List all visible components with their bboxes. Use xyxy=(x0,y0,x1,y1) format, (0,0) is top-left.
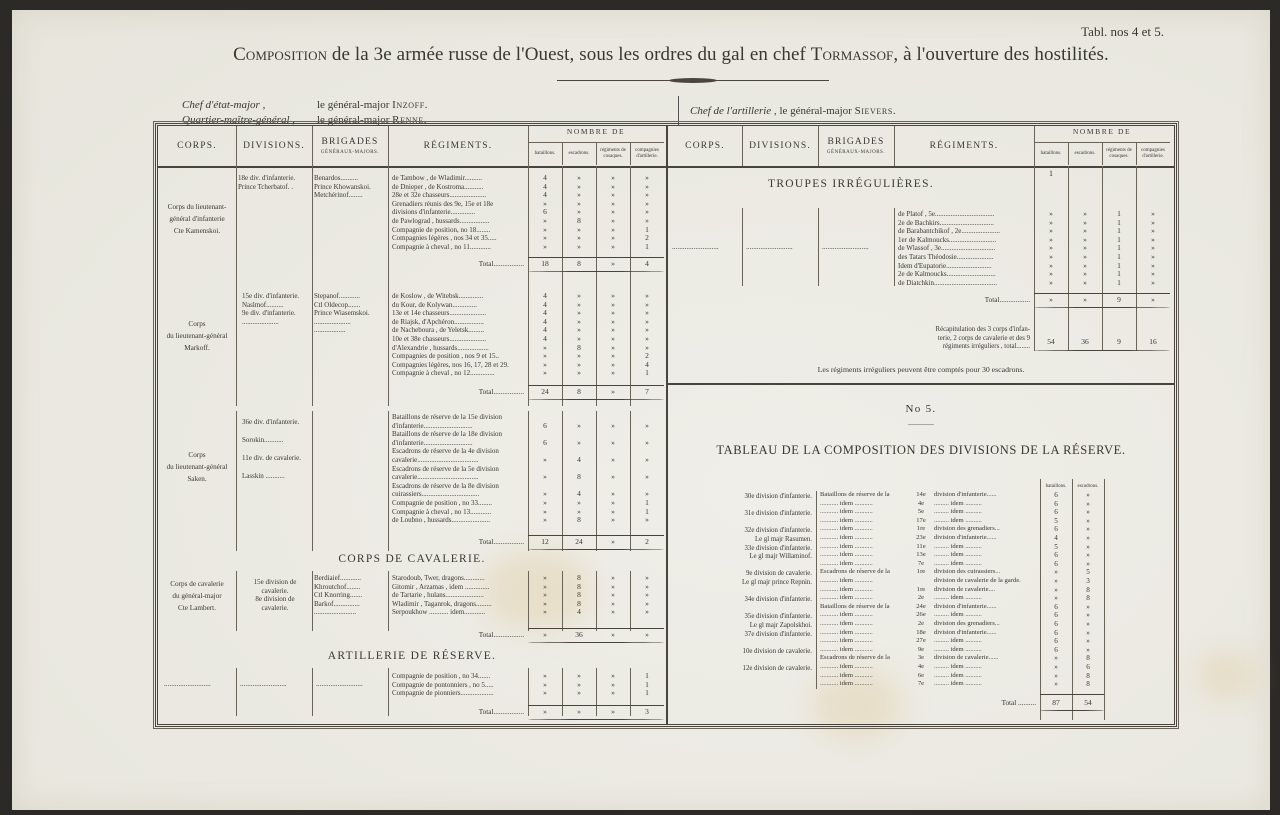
corps-line: Corps de cavalerie xyxy=(160,578,234,590)
reserve-row-suffix: division de cavalerie de la garde. xyxy=(934,577,1038,586)
brigade: Stepanof............Ctl Oldecop.......Pr… xyxy=(314,292,388,335)
total-label: Total................. xyxy=(392,260,524,269)
count-cell: » xyxy=(630,439,664,448)
reserve-row-prefix: ........... idem ........... xyxy=(820,611,910,620)
corps-line: Cte Kamenskoi. xyxy=(160,225,234,237)
count-cell: 8 xyxy=(562,516,596,525)
regiment: Starodoub, Twer, dragons............Gito… xyxy=(392,574,528,617)
placeholder-dots: .......................... xyxy=(672,243,740,252)
reserve-total-escadrons: 54 xyxy=(1072,699,1104,708)
reserve-row-prefix: ........... idem ........... xyxy=(820,560,910,569)
reserve-row-suffix: division d'infanterie...... xyxy=(934,629,1038,638)
staff-name: Sievers. xyxy=(855,105,897,117)
count-col-artillerie: 111 xyxy=(630,672,664,698)
brigade: Benardos..........Prince Khowanskoi.Metc… xyxy=(314,174,388,200)
reserve-row-number: 4e xyxy=(910,500,932,509)
reserve-row-suffix: ......... idem .......... xyxy=(934,672,1038,681)
reserve-escadrons: » xyxy=(1072,500,1104,509)
staff-name-prefix: le général-major xyxy=(779,105,854,117)
count-cell: 1 xyxy=(630,369,664,378)
regiment-item: Compagnie de pontonniers , no 5..... xyxy=(392,681,528,690)
total-value: 24 xyxy=(562,538,596,547)
reserve-row-suffix: ......... idem .......... xyxy=(934,637,1038,646)
reserve-row-prefix: ........... idem ........... xyxy=(820,629,910,638)
count-col-bataillons: 66»»»»»» xyxy=(528,413,562,525)
reserve-row-prefix: ........... idem ........... xyxy=(820,534,910,543)
irregular-note: Les régiments irréguliers peuvent être c… xyxy=(668,366,1174,375)
count-cell: » xyxy=(596,439,630,448)
regiment-item: des Tatars Théodosie....................… xyxy=(898,253,1034,262)
regiment-item: Wladimir , Taganrok, dragons......... xyxy=(392,600,528,609)
total-label: Total................. xyxy=(392,388,524,397)
total-brace xyxy=(528,642,664,643)
division-item: 15e div. d'infanterie. xyxy=(242,292,314,301)
reserve-row-prefix: ........... idem ........... xyxy=(820,577,910,586)
reserve-row-suffix: ......... idem .......... xyxy=(934,646,1038,655)
col-escadrons: escadrons. xyxy=(1068,142,1103,165)
regiment-item: 2e de Bachkirs..........................… xyxy=(898,219,1034,228)
reserve-bataillons: » xyxy=(1040,663,1072,672)
count-cell: » xyxy=(562,439,596,448)
column-rule xyxy=(236,571,237,631)
count-col-escadrons: »»»»»»8»»» xyxy=(562,292,596,378)
count-col-cosaques: »»»»»»»»»» xyxy=(596,292,630,378)
reserve-bataillons: 6 xyxy=(1040,551,1072,560)
staff-name: Inzoff. xyxy=(392,99,428,111)
count-cell: » xyxy=(528,243,562,252)
reserve-escadrons: 5 xyxy=(1072,568,1104,577)
reserve-division: Le gl majr prince Repnin. xyxy=(688,579,812,588)
column-rule xyxy=(236,289,237,396)
reserve-row-number: 9e xyxy=(910,646,932,655)
reserve-bataillons: 6 xyxy=(1040,500,1072,509)
brigade-item: Khroutchof........ xyxy=(314,583,388,592)
section-divider xyxy=(668,383,1174,385)
title-ornament xyxy=(557,78,829,84)
regiment-item: de Wlassof , 3e.........................… xyxy=(898,244,1034,253)
corps-line: Markoff. xyxy=(160,342,234,354)
reserve-bataillons: 6 xyxy=(1040,646,1072,655)
reserve-bataillons: 6 xyxy=(1040,611,1072,620)
recap-line: terie, 2 corps de cavalerie et des 9 xyxy=(868,335,1030,344)
col-divisions: DIVISIONS. xyxy=(236,126,313,166)
column-rule xyxy=(236,668,237,716)
staff-row: Chef d'état-major ,le général-major Inzo… xyxy=(182,98,428,113)
total-rule xyxy=(528,385,664,386)
count-cell: » xyxy=(596,243,630,252)
regiment-item: cuirassiers.............................… xyxy=(392,490,528,499)
brigade-item: Ctl Oldecop....... xyxy=(314,301,388,310)
brigade-item: .................. xyxy=(314,326,388,335)
title-prefix: Composition xyxy=(233,44,327,65)
reserve-row-prefix: ........... idem ........... xyxy=(820,663,910,672)
total-rule xyxy=(528,628,664,629)
reserve-division: 10e division de cavalerie. xyxy=(688,648,812,657)
column-rule xyxy=(818,208,819,286)
regiment: de Platof , 5e..........................… xyxy=(898,210,1034,287)
reserve-escadrons: » xyxy=(1072,491,1104,500)
total-value: » xyxy=(596,708,630,717)
reserve-escadrons: » xyxy=(1072,508,1104,517)
count-col-cosaques: »»»»»»»» xyxy=(596,413,630,525)
reserve-row-suffix: ......... idem .......... xyxy=(934,663,1038,672)
table-header: CORPS. DIVISIONS. BRIGADESGÉNÉRAUX-MAJOR… xyxy=(158,126,666,168)
division: 15e division decavalerie.8e division dec… xyxy=(238,578,312,612)
reserve-escadrons: 8 xyxy=(1072,654,1104,663)
col-artillerie: compagnies d'artillerie. xyxy=(630,142,664,165)
reserve-division: 31e division d'infanterie. xyxy=(688,510,812,519)
count-col-cosaques: »»» xyxy=(596,672,630,698)
total-value: 7 xyxy=(630,388,664,397)
reserve-bataillons: 6 xyxy=(1040,637,1072,646)
reserve-row-number: 1re xyxy=(910,586,932,595)
irregular-title: TROUPES IRRÉGULIÈRES. xyxy=(668,178,1034,190)
total-label: Total................. xyxy=(392,708,524,717)
regiment-item: 1er de Kalmoucks........................… xyxy=(898,236,1034,245)
reserve-escadrons: 8 xyxy=(1072,586,1104,595)
count-cell: 6 xyxy=(528,439,562,448)
count-col-cosaques: 111111111 xyxy=(1102,210,1136,287)
column-rule xyxy=(312,668,313,716)
reserve-row-number: 14e xyxy=(910,491,932,500)
reserve-row-prefix: ........... idem ........... xyxy=(820,508,910,517)
reserve-bataillons: » xyxy=(1040,680,1072,689)
reserve-title: TABLEAU DE LA COMPOSITION DES DIVISIONS … xyxy=(668,443,1174,458)
placeholder-dots: .......................... xyxy=(822,243,890,252)
corps-line: général d'infanterie xyxy=(160,213,234,225)
reserve-division: Le gl majr Willaminof. xyxy=(688,553,812,562)
staff-role: Chef de l'artillerie , xyxy=(690,105,777,117)
regiment-item: de Tartarie , hulans....................… xyxy=(392,591,528,600)
regiment-item: Gitomir , Arzamas , idem .............. xyxy=(392,583,528,592)
staff-role: Chef d'état-major , xyxy=(182,99,265,111)
reserve-row-number: 17e xyxy=(910,517,932,526)
reserve-bataillons: 6 xyxy=(1040,525,1072,534)
reserve-division: 34e division d'infanterie. xyxy=(688,596,812,605)
brigade-item: ..................... xyxy=(314,318,388,327)
reserve-bataillons: 6 xyxy=(1040,508,1072,517)
division: 36e div. d'infanterie. xyxy=(242,413,314,431)
regiment-item: Compagnie à cheval , no 12.............. xyxy=(392,369,528,378)
total-value: » xyxy=(1136,296,1170,305)
division: 15e div. d'infanterie.Naslmof..........9… xyxy=(242,292,314,326)
count-cell: » xyxy=(562,422,596,431)
reserve-bataillons: 6 xyxy=(1040,620,1072,629)
brigade-item: Ctl Knorring....... xyxy=(314,591,388,600)
column-rule xyxy=(388,289,389,396)
regiment-item: du Kour, de Kolywan.............. xyxy=(392,301,528,310)
reserve-row-prefix: ........... idem ........... xyxy=(820,646,910,655)
right-panel: CORPS. DIVISIONS. BRIGADESGÉNÉRAUX-MAJOR… xyxy=(668,126,1174,724)
regiment: de Tambow , de Wladimir..........de Dnie… xyxy=(392,174,528,251)
count-cell: 6 xyxy=(528,422,562,431)
count-cell: » xyxy=(630,473,664,482)
regiment-item: Compagnie à cheval , no 13............ xyxy=(392,508,528,517)
column-rule xyxy=(312,571,313,631)
reserve-row-prefix: ........... idem ........... xyxy=(820,525,910,534)
reserve-bataillons: 4 xyxy=(1040,534,1072,543)
cavalry-title: CORPS DE CAVALERIE. xyxy=(158,553,666,565)
reserve-total-label: Total .......... xyxy=(898,699,1036,708)
count-cell: » xyxy=(596,422,630,431)
reserve-row-suffix: ......... idem .......... xyxy=(934,500,1038,509)
reserve-row-suffix: division des grenadiers... xyxy=(934,525,1038,534)
reserve-row-prefix: Bataillons de réserve de la xyxy=(820,603,910,612)
corps-line: du général-major xyxy=(160,590,234,602)
brigade-item: Benardos.......... xyxy=(314,174,388,183)
reserve-row-suffix: division d'infanterie...... xyxy=(934,603,1038,612)
total-value: 3 xyxy=(630,708,664,717)
reserve-escadrons: 8 xyxy=(1072,672,1104,681)
total-value: » xyxy=(596,538,630,547)
reserve-escadrons: » xyxy=(1072,637,1104,646)
regiment-item: 28e et 32e chasseurs....................… xyxy=(392,191,528,200)
regiment-item: de Diatchkin............................… xyxy=(898,279,1034,288)
reserve-division: 32e division d'infanterie. xyxy=(688,527,812,536)
count-cell: 4 xyxy=(562,456,596,465)
reserve-escadrons: » xyxy=(1072,560,1104,569)
total-rule xyxy=(528,705,664,706)
division-item: 8e division de xyxy=(238,595,312,604)
reserve-bataillons: » xyxy=(1040,654,1072,663)
count-col-bataillons: »»» xyxy=(528,672,562,698)
count-cell: » xyxy=(596,473,630,482)
reserve-row-number: 11e xyxy=(910,543,932,552)
brigade-item: Prince Wiasemskoi. xyxy=(314,309,388,318)
count-col-bataillons: »»»»»»»»» xyxy=(1034,210,1068,287)
reserve-escadrons: 8 xyxy=(1072,680,1104,689)
reserve-row-prefix: ........... idem ........... xyxy=(820,551,910,560)
artillery-title: ARTILLERIE DE RÉSERVE. xyxy=(158,650,666,662)
total-label: Total................. xyxy=(392,538,524,547)
count-cell: » xyxy=(630,456,664,465)
column-rule xyxy=(388,571,389,631)
reserve-row-number: 7e xyxy=(910,680,932,689)
title-commander: Tormassof xyxy=(811,44,894,65)
total-brace xyxy=(528,399,664,400)
regiment-item: d'infanterie............................ xyxy=(392,439,528,448)
count-col-bataillons: 444»6»»»» xyxy=(528,174,562,251)
reserve-row-prefix: ........... idem ........... xyxy=(820,517,910,526)
regiment-item: d'infanterie............................ xyxy=(392,422,528,431)
regiment-item: 10e et 38e chasseurs....................… xyxy=(392,335,528,344)
main-table-frame: CORPS. DIVISIONS. BRIGADESGÉNÉRAUX-MAJOR… xyxy=(155,123,1177,727)
reserve-row-number: 1re xyxy=(910,568,932,577)
left-panel: CORPS. DIVISIONS. BRIGADESGÉNÉRAUX-MAJOR… xyxy=(158,126,666,724)
reserve-division: 9e division de cavalerie. xyxy=(688,570,812,579)
reserve-row-prefix: Escadrons de réserve de la xyxy=(820,568,910,577)
reserve-row-suffix: division d'infanterie...... xyxy=(934,534,1038,543)
count-col-escadrons: »»» xyxy=(562,672,596,698)
corps-line: Cte Lambert. xyxy=(160,602,234,614)
regiment-item: 2e de Kalmoucks.........................… xyxy=(898,270,1034,279)
count-col-artillerie: »»»»»»»241 xyxy=(630,292,664,378)
paper-stain xyxy=(1197,650,1257,700)
reserve-row-number: 2e xyxy=(910,620,932,629)
division-item: cavalerie. xyxy=(238,587,312,596)
recap-label: Récapitulation des 3 corps d'infan-terie… xyxy=(868,326,1030,352)
regiment-item: Compagnie de position, no 18........ xyxy=(392,226,528,235)
division-item: 9e div. d'infanterie. xyxy=(242,309,314,318)
total-value: » xyxy=(528,708,562,717)
reserve-total-bataillons: 87 xyxy=(1040,699,1072,708)
reserve-division: 30e division d'infanterie. xyxy=(688,493,812,502)
reserve-row-suffix: division des cuirassiers... xyxy=(934,568,1038,577)
total-value: » xyxy=(596,260,630,269)
reserve-row-suffix: division d'infanterie...... xyxy=(934,491,1038,500)
col-escadrons: escadrons. xyxy=(562,142,597,165)
reserve-row-number: 3e xyxy=(910,654,932,663)
regiment-item: Compagnies de position , nos 9 et 15.. xyxy=(392,352,528,361)
regiment-item: Compagnies légères, nos 16, 17, 28 et 29… xyxy=(392,361,528,370)
total-brace xyxy=(528,719,664,720)
count-cell: » xyxy=(528,369,562,378)
total-value: » xyxy=(630,631,664,640)
reserve-escadrons: » xyxy=(1072,629,1104,638)
reserve-row-suffix: ......... idem .......... xyxy=(934,560,1038,569)
corps-2-name: Corpsdu lieutenant-généralMarkoff. xyxy=(160,318,234,354)
title-suffix: , à l'ouverture des hostilités. xyxy=(893,44,1108,65)
reserve-row-number: 6e xyxy=(910,672,932,681)
column-rule xyxy=(894,208,895,286)
total-brace xyxy=(528,549,664,550)
count-col-escadrons: 88884 xyxy=(562,574,596,617)
division: 18e div. d'infanterie.Prince Tcherbatof.… xyxy=(238,174,312,191)
brigade-item: Metchérinof........ xyxy=(314,191,388,200)
reserve-total-brace xyxy=(1040,710,1104,711)
total-value: » xyxy=(596,388,630,397)
count-col-escadrons: »»»»»8»»» xyxy=(562,174,596,251)
reserve-row-suffix: division des grenadiers... xyxy=(934,620,1038,629)
col-corps: CORPS. xyxy=(668,126,743,166)
reserve-bataillons: 5 xyxy=(1040,517,1072,526)
reserve-row-prefix: ........... idem ........... xyxy=(820,594,910,603)
total-value: 36 xyxy=(562,631,596,640)
regiment-item: de Koslow , de Witebsk.............. xyxy=(392,292,528,301)
regiment-item: 13e et 14e chasseurs....................… xyxy=(392,309,528,318)
reserve-escadrons: 3 xyxy=(1072,577,1104,586)
regiment-item: Compagnie de position , no 34....... xyxy=(392,672,528,681)
reserve-ornament: ............. xyxy=(668,418,1174,427)
reserve-row-number: 26e xyxy=(910,611,932,620)
col-nombre-de: NOMBRE DE xyxy=(1034,127,1170,136)
count-cell: » xyxy=(562,243,596,252)
regiment-item: d'Alexandrie , hussards.................… xyxy=(392,344,528,353)
reserve-row-prefix: ........... idem ........... xyxy=(820,637,910,646)
placeholder-dots: .......................... xyxy=(316,680,386,689)
count-cell: » xyxy=(562,369,596,378)
total-value: » xyxy=(1034,296,1068,305)
division-item: cavalerie. xyxy=(238,604,312,613)
regiment-item: Escadrons de réserve de la 5e division xyxy=(392,465,528,474)
placeholder-dots: .......................... xyxy=(746,243,814,252)
reserve-division: Le gl majr Zapolskhoi. xyxy=(688,622,812,631)
total-label: Total................. xyxy=(898,296,1030,305)
regiment-item: de Platof , 5e..........................… xyxy=(898,210,1034,219)
recap-brace xyxy=(1034,350,1170,351)
staff-right: Chef de l'artillerie , le général-major … xyxy=(690,104,896,119)
reserve-division: Le gl majr Rasumen. xyxy=(688,536,812,545)
reserve-row-suffix: division de cavalerie...... xyxy=(934,654,1038,663)
document-page: Tabl. nos 4 et 5. Composition de la 3e a… xyxy=(12,10,1270,810)
reserve-bataillons: » xyxy=(1040,586,1072,595)
reserve-row-suffix: ......... idem .......... xyxy=(934,517,1038,526)
regiment-item: cavalerie...............................… xyxy=(392,473,528,482)
count-cell: 1 xyxy=(1102,279,1136,288)
division: 11e div. de cavalerie. xyxy=(242,449,314,467)
total-rule xyxy=(528,535,664,536)
reserve-escadrons: » xyxy=(1072,517,1104,526)
reserve-row-suffix: division de cavalerie.... xyxy=(934,586,1038,595)
recap-line: Récapitulation des 3 corps d'infan- xyxy=(868,326,1030,335)
count-cell: » xyxy=(1136,279,1170,288)
count-col-artillerie: »»»»»»»»» xyxy=(1136,210,1170,287)
reserve-row-prefix: ........... idem ........... xyxy=(820,500,910,509)
count-cell: » xyxy=(528,516,562,525)
col-divisions: DIVISIONS. xyxy=(742,126,819,166)
reserve-escadrons: 6 xyxy=(1072,663,1104,672)
count-cell: 8 xyxy=(562,473,596,482)
reserve-row-number: 18e xyxy=(910,629,932,638)
division-item: 15e division de xyxy=(238,578,312,587)
total-value: 8 xyxy=(562,388,596,397)
total-value: 4 xyxy=(630,260,664,269)
table-header: CORPS. DIVISIONS. BRIGADESGÉNÉRAUX-MAJOR… xyxy=(668,126,1174,168)
reserve-escadrons: » xyxy=(1072,611,1104,620)
total-value: » xyxy=(528,631,562,640)
regiment-item: divisions d'infanterie.............. xyxy=(392,208,528,217)
reserve-division: 37e division d'infanterie. xyxy=(688,631,812,640)
reserve-row-number: 5e xyxy=(910,508,932,517)
count-cell: » xyxy=(596,608,630,617)
reserve-row-suffix: ......... idem .......... xyxy=(934,543,1038,552)
reserve-total-rule xyxy=(1040,694,1104,695)
col-corps: CORPS. xyxy=(158,126,237,166)
reserve-row-prefix: ........... idem ........... xyxy=(820,620,910,629)
total-brace xyxy=(528,271,664,272)
reserve-row-number: 27e xyxy=(910,637,932,646)
total-label: Total................. xyxy=(392,631,524,640)
reserve-escadrons: » xyxy=(1072,543,1104,552)
count-col-escadrons: »»»»»»»»» xyxy=(1068,210,1102,287)
corps-1-name: Corps du lieutenant-général d'infanterie… xyxy=(160,201,234,237)
regiment-item: Escadrons de réserve de la 8e division xyxy=(392,482,528,491)
reserve-bataillons: » xyxy=(1040,568,1072,577)
count-col-artillerie: »»»»»11» xyxy=(630,413,664,525)
col-artillerie: compagnies d'artillerie. xyxy=(1136,142,1170,165)
total-value: 8 xyxy=(562,260,596,269)
regiment-item: Compagnie de pionniers..................… xyxy=(392,689,528,698)
count-cell: » xyxy=(596,369,630,378)
reserve-bataillons: » xyxy=(1040,594,1072,603)
total-value: » xyxy=(1068,296,1102,305)
recap-value: 54 xyxy=(1034,338,1068,347)
regiment-item: Bataillons de réserve de la 15e division xyxy=(392,413,528,422)
count-cell: 1 xyxy=(630,243,664,252)
count-cell: » xyxy=(528,608,562,617)
total-value: » xyxy=(596,631,630,640)
reserve-bataillons: 6 xyxy=(1040,603,1072,612)
total-value: 12 xyxy=(528,538,562,547)
total-brace xyxy=(1034,307,1170,308)
brigade-item: Barkof............... xyxy=(314,600,388,609)
count-cell: » xyxy=(630,516,664,525)
division: Lasskin ........... xyxy=(242,467,314,485)
col-nombre-de: NOMBRE DE xyxy=(528,127,664,136)
reserve-bataillons: 6 xyxy=(1040,629,1072,638)
corps-line: Corps du lieutenant- xyxy=(160,201,234,213)
count-cell: » xyxy=(630,608,664,617)
